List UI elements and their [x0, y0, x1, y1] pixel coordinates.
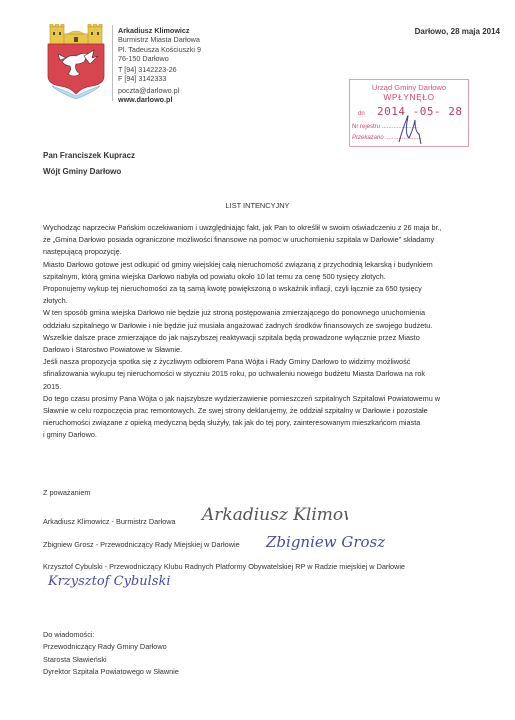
body-line: oddziału szpitalnego w Darłowie i nie bę… — [43, 320, 483, 332]
cc-recipient: Przewodniczący Rady Gminy Darłowo — [43, 641, 179, 653]
body-line: 2015. — [43, 381, 483, 393]
body-line: sfinalizowania wykupu tej nieruchomości … — [43, 368, 483, 380]
stamp-initials-signature — [395, 108, 425, 148]
signatory-2: Zbigniew Grosz - Przewodniczący Rady Mie… — [43, 540, 240, 549]
body-line: następującą propozycję. — [43, 246, 483, 258]
closing-salutation: Z poważaniem — [43, 488, 90, 497]
letter-body: Wychodząc naprzeciw Pańskim oczekiwaniom… — [43, 222, 483, 442]
letter-date: Darłowo, 28 maja 2014 — [415, 27, 500, 36]
svg-text:Arkadiusz Klimowicz: Arkadiusz Klimowicz — [200, 505, 348, 525]
body-line: Sławnie w celu rozpoczęcia prac remontow… — [43, 405, 483, 417]
body-line: Jeśli nasza propozycja spotka się z życz… — [43, 356, 483, 368]
recipient-block: Pan Franciszek Kupracz Wójt Gminy Darłow… — [43, 148, 135, 179]
svg-text:Krzysztof Cybulski: Krzysztof Cybulski — [47, 574, 170, 589]
stamp-date-label: dn — [358, 111, 365, 117]
letterhead-divider — [112, 25, 113, 101]
cc-block: Do wiadomości: Przewodniczący Rady Gminy… — [43, 629, 179, 678]
signature-cybulski: Krzysztof Cybulski — [46, 568, 186, 592]
body-line: szpitalnym, którą gmina wiejska Darłowo … — [43, 271, 483, 283]
body-line: Proponujemy wykup tej nieruchomości za t… — [43, 283, 483, 295]
recipient-title: Wójt Gminy Darłowo — [43, 164, 135, 180]
svg-text:Zbigniew Grosz: Zbigniew Grosz — [265, 533, 385, 551]
stamp-status: WPŁYNĘŁO — [350, 92, 468, 102]
cc-label: Do wiadomości: — [43, 629, 179, 641]
body-line: złotych. — [43, 295, 483, 307]
city-coat-of-arms-icon — [46, 24, 106, 100]
signature-grosz: Zbigniew Grosz — [262, 528, 412, 554]
sender-phone: T [94] 3142223-26 — [118, 65, 201, 74]
signature-klimowicz: Arkadiusz Klimowicz — [198, 500, 348, 528]
sender-name: Arkadiusz Klimowicz — [118, 26, 201, 35]
cc-recipient: Starosta Sławieński — [43, 654, 179, 666]
sender-website: www.darlowo.pl — [118, 95, 201, 104]
body-line: i gminy Darłowo. — [43, 429, 483, 441]
sender-fax: F [94] 3142333 — [118, 74, 201, 83]
body-line: Wszelkie dalsze prace zmierzające do jak… — [43, 332, 483, 344]
stamp-office: Urząd Gminy Darłowo — [350, 83, 468, 92]
cc-recipient: Dyrektor Szpitala Powiatowego w Sławnie — [43, 666, 179, 678]
sender-position: Burmistrz Miasta Darłowa — [118, 35, 201, 44]
body-line: Wychodząc naprzeciw Pańskim oczekiwaniom… — [43, 222, 483, 234]
body-line: nieruchomości związane z opieką medyczną… — [43, 417, 483, 429]
body-line: Darłowo i Starostwo Powiatowe w Sławnie. — [43, 344, 483, 356]
sender-city: 76-150 Darłowo — [118, 54, 201, 63]
body-line: W ten sposób gmina wiejska Darłowo nie b… — [43, 307, 483, 319]
letterhead-info: Arkadiusz Klimowicz Burmistrz Miasta Dar… — [118, 26, 201, 104]
body-line: Do tego czasu prosimy Pana Wójta o jak n… — [43, 393, 483, 405]
body-line: że „Gmina Darłowo posiada ograniczone mo… — [43, 234, 483, 246]
sender-email: poczta@darlowo.pl — [118, 86, 201, 95]
body-line: Miasto Darłowo gotowe jest odkupić od gm… — [43, 259, 483, 271]
recipient-name: Pan Franciszek Kupracz — [43, 148, 135, 164]
document-title: LIST INTENCYJNY — [0, 201, 515, 210]
signatory-1: Arkadiusz Klimowicz - Burmistrz Darłowa — [43, 517, 176, 526]
sender-street: Pl. Tadeusza Kościuszki 9 — [118, 45, 201, 54]
